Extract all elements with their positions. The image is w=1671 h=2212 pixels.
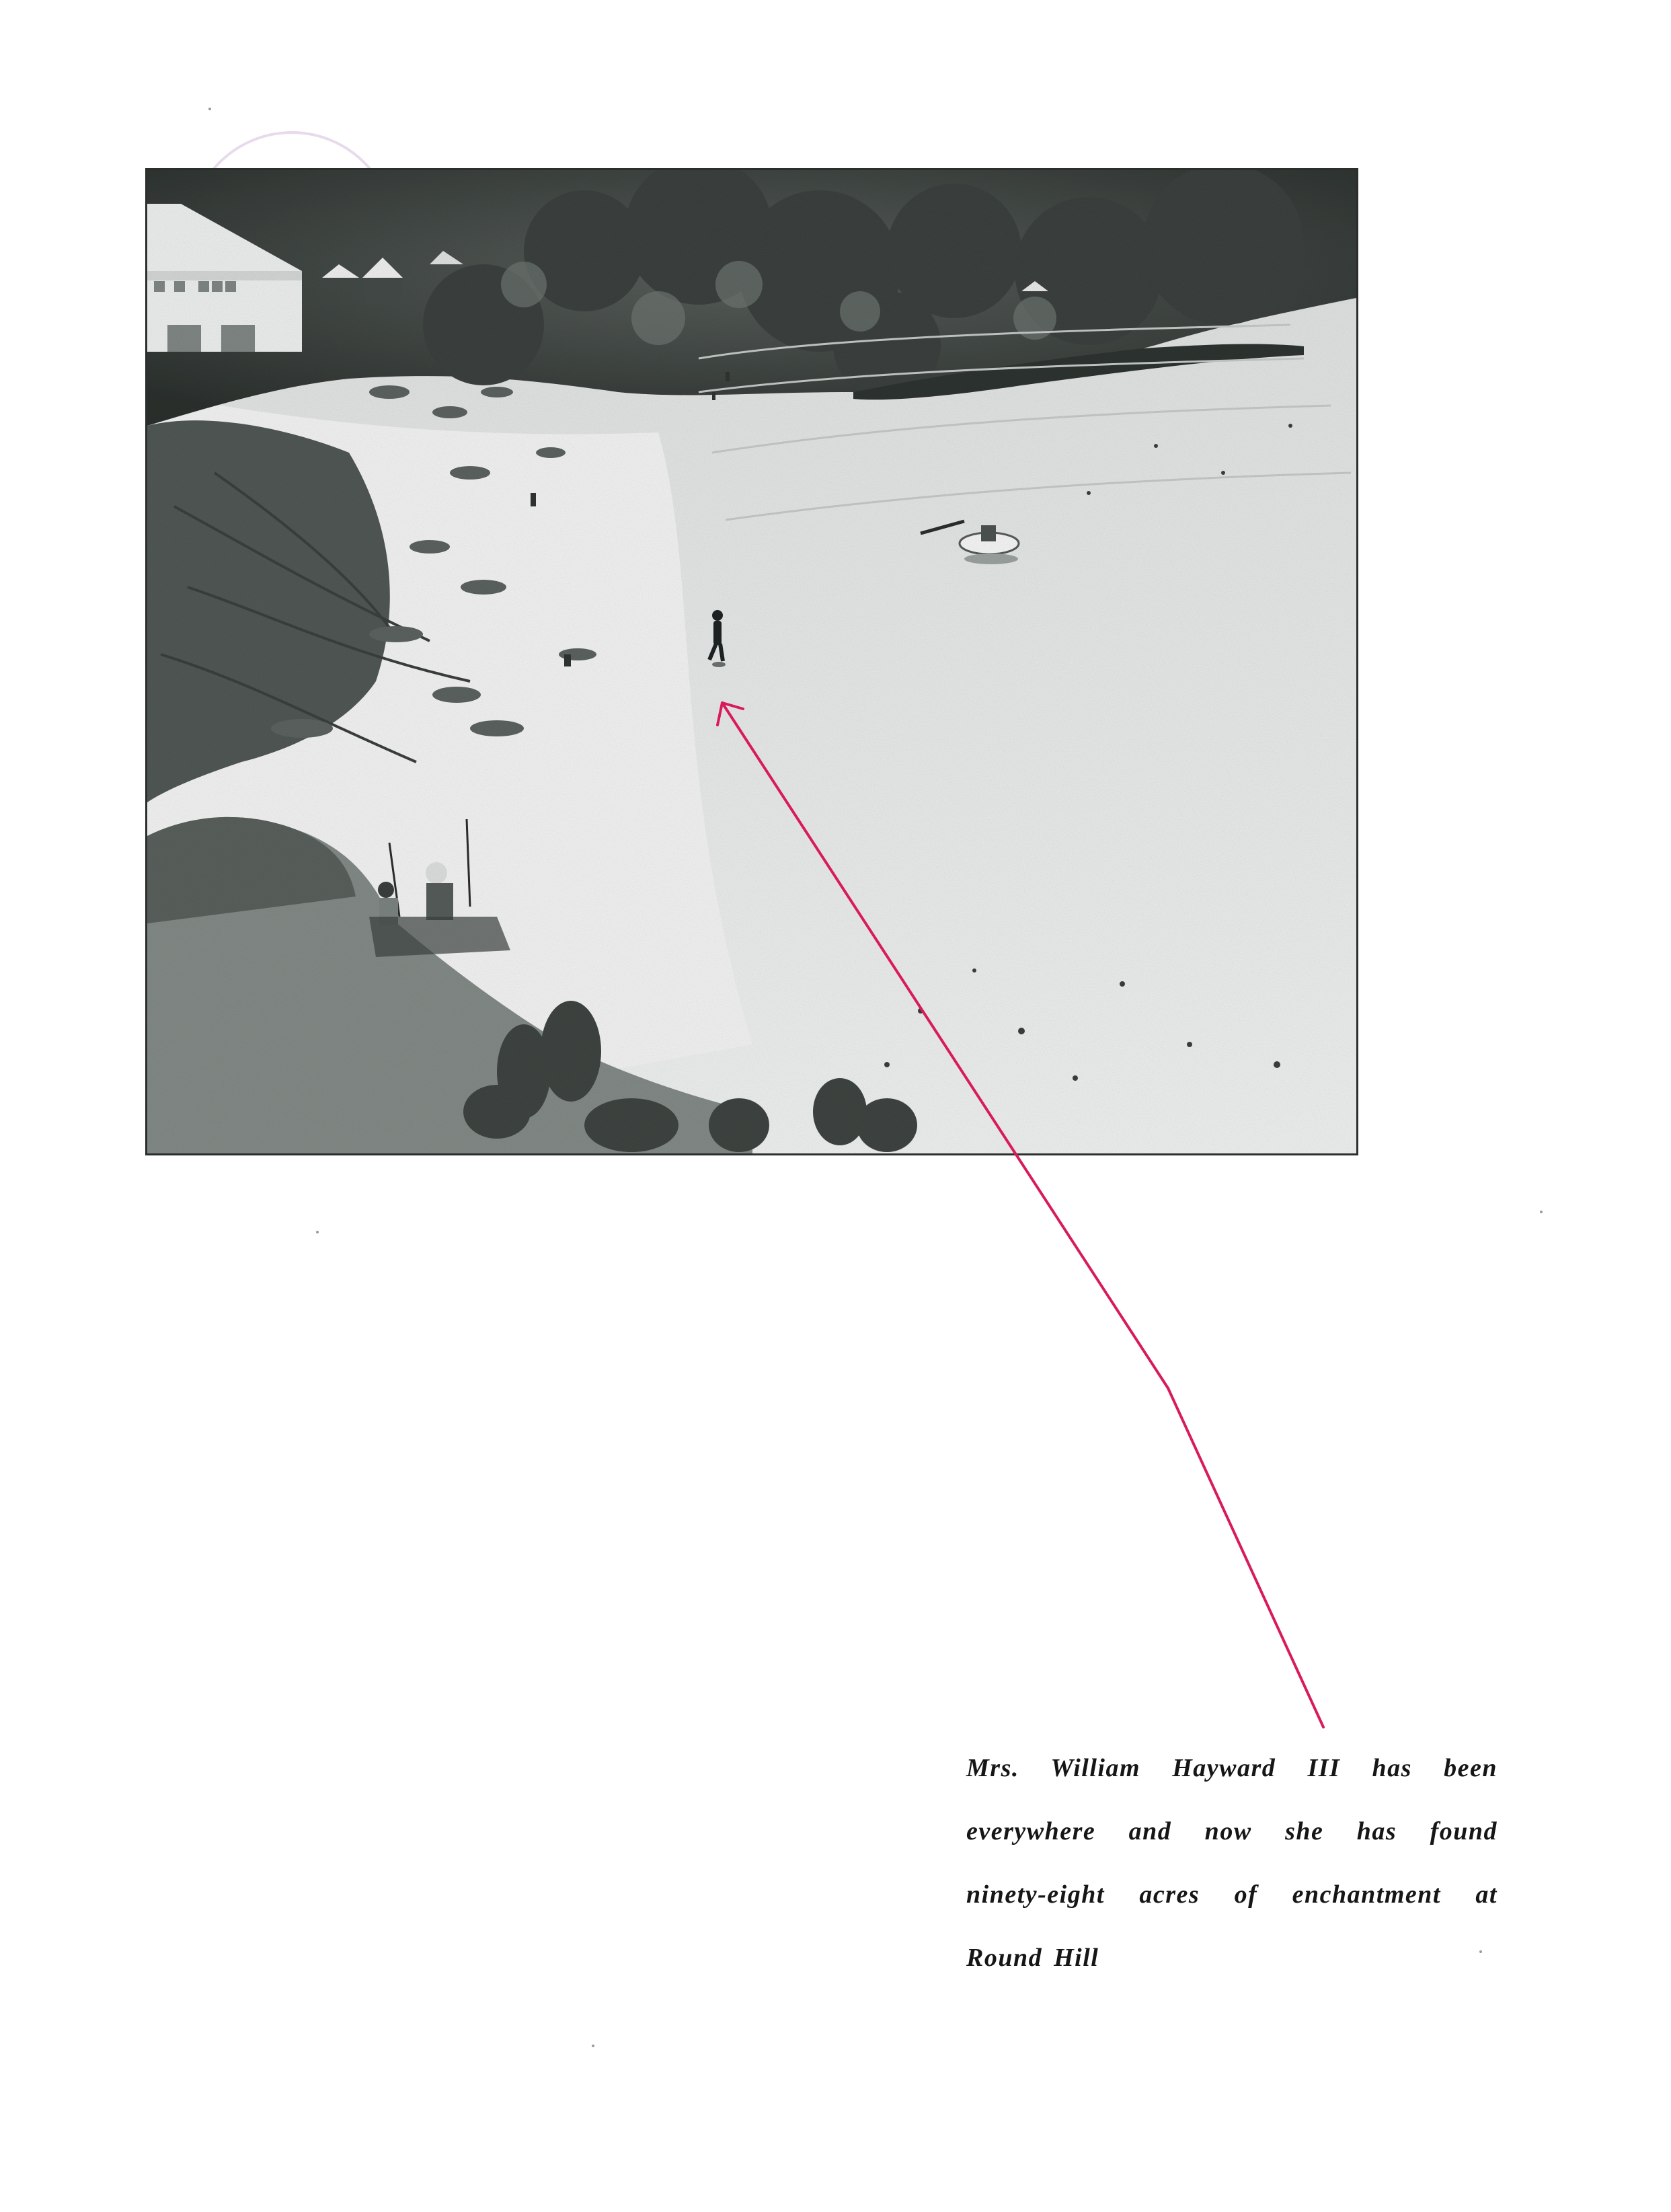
scan-speck (316, 1231, 319, 1233)
caption-line-3: ninety-eight acres of enchantment at (966, 1863, 1498, 1926)
caption-line-2: everywhere and now she has found (966, 1800, 1498, 1863)
arrow-shaft-lower (1168, 1388, 1323, 1727)
scan-speck (1540, 1211, 1543, 1213)
scan-speck (1479, 1950, 1482, 1953)
scan-speck (592, 2045, 594, 2047)
scan-speck (208, 108, 211, 110)
beach-scene-illustration (147, 170, 1356, 1153)
photo-caption: Mrs. William Hayward III has been everyw… (966, 1737, 1498, 1989)
caption-line-4: Round Hill (966, 1926, 1498, 1989)
beach-photograph (145, 168, 1358, 1155)
caption-line-1: Mrs. William Hayward III has been (966, 1737, 1498, 1800)
